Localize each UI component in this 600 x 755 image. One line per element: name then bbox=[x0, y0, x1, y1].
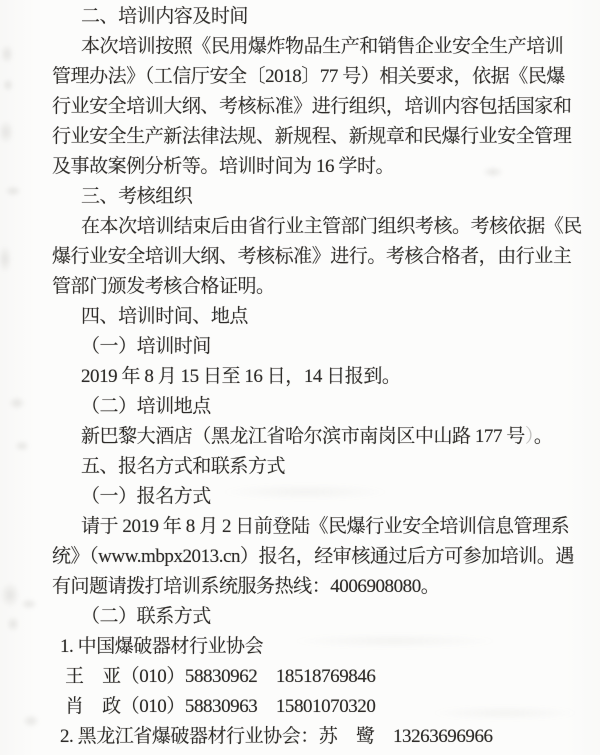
scan-smudge bbox=[14, 440, 30, 452]
paragraph-line: 行业安全培训大纲、考核标准》进行组织，培训内容包括国家和 bbox=[52, 92, 592, 122]
contact-person-line: 王 亚（010）58830962 18518769846 bbox=[52, 662, 592, 692]
scan-smudge bbox=[0, 120, 14, 144]
venue-text: 新巴黎大酒店（黑龙江省哈尔滨市南岗区中山路 177 号 bbox=[81, 426, 525, 447]
subsection-heading-contact: （二）联系方式 bbox=[52, 602, 592, 632]
contact-org-line: 1. 中国爆破器材行业协会 bbox=[52, 632, 592, 662]
scan-smudge bbox=[0, 245, 12, 273]
scan-smudge bbox=[0, 582, 20, 608]
scanned-page: 二、培训内容及时间 本次培训按照《民用爆炸物品生产和销售企业安全生产培训 管理办… bbox=[0, 0, 600, 755]
document-body: 二、培训内容及时间 本次培训按照《民用爆炸物品生产和销售企业安全生产培训 管理办… bbox=[52, 2, 592, 752]
section-heading-5: 五、报名方式和联系方式 bbox=[52, 452, 592, 482]
contact-person-line: 肖 政（010）58830963 15801070320 bbox=[52, 692, 592, 722]
hotline-line: 有问题请拨打培训系统服务热线：4006908080。 bbox=[52, 572, 592, 602]
section-heading-4: 四、培训时间、地点 bbox=[52, 302, 592, 332]
scan-smudge bbox=[8, 396, 26, 410]
section-heading-2: 二、培训内容及时间 bbox=[52, 2, 592, 32]
venue-faint-paren: ） bbox=[525, 426, 534, 447]
paragraph-line: 管部门颁发考核合格证明。 bbox=[52, 272, 592, 302]
scan-smudge bbox=[4, 185, 22, 197]
subsection-heading-signup: （一）报名方式 bbox=[52, 482, 592, 512]
subsection-heading-time: （一）培训时间 bbox=[52, 332, 592, 362]
section-heading-3: 三、考核组织 bbox=[52, 182, 592, 212]
paragraph-line: 爆行业安全培训大纲、考核标准》进行。考核合格者，由行业主 bbox=[52, 242, 592, 272]
venue-period: 。 bbox=[534, 426, 553, 447]
training-date-line: 2019 年 8 月 15 日至 16 日，14 日报到。 bbox=[52, 362, 592, 392]
paragraph-line: 在本次培训结束后由省行业主管部门组织考核。考核依据《民 bbox=[52, 212, 592, 242]
scan-smudge bbox=[0, 44, 14, 64]
venue-line: 新巴黎大酒店（黑龙江省哈尔滨市南岗区中山路 177 号）。 bbox=[52, 422, 592, 452]
paragraph-line: 及事故案例分析等。培训时间为 16 学时。 bbox=[52, 152, 592, 182]
scan-smudge bbox=[2, 78, 14, 92]
scan-smudge bbox=[22, 714, 40, 728]
paragraph-line: 管理办法》（工信厅安全〔2018〕77 号）相关要求，依据《民爆 bbox=[52, 62, 592, 92]
scan-smudge bbox=[20, 598, 38, 610]
scan-smudge bbox=[6, 616, 20, 632]
paragraph-line: 统》（www.mbpx2013.cn）报名，经审核通过后方可参加培训。遇 bbox=[52, 542, 592, 572]
subsection-heading-place: （二）培训地点 bbox=[52, 392, 592, 422]
paragraph-line: 本次培训按照《民用爆炸物品生产和销售企业安全生产培训 bbox=[52, 32, 592, 62]
paragraph-line: 请于 2019 年 8 月 2 日前登陆《民爆行业安全培训信息管理系 bbox=[52, 512, 592, 542]
contact-org-line: 2. 黑龙江省爆破器材行业协会：苏 鹭 13263696966 bbox=[52, 722, 592, 752]
paragraph-line: 行业安全生产新法律法规、新规程、新规章和民爆行业安全管理 bbox=[52, 122, 592, 152]
